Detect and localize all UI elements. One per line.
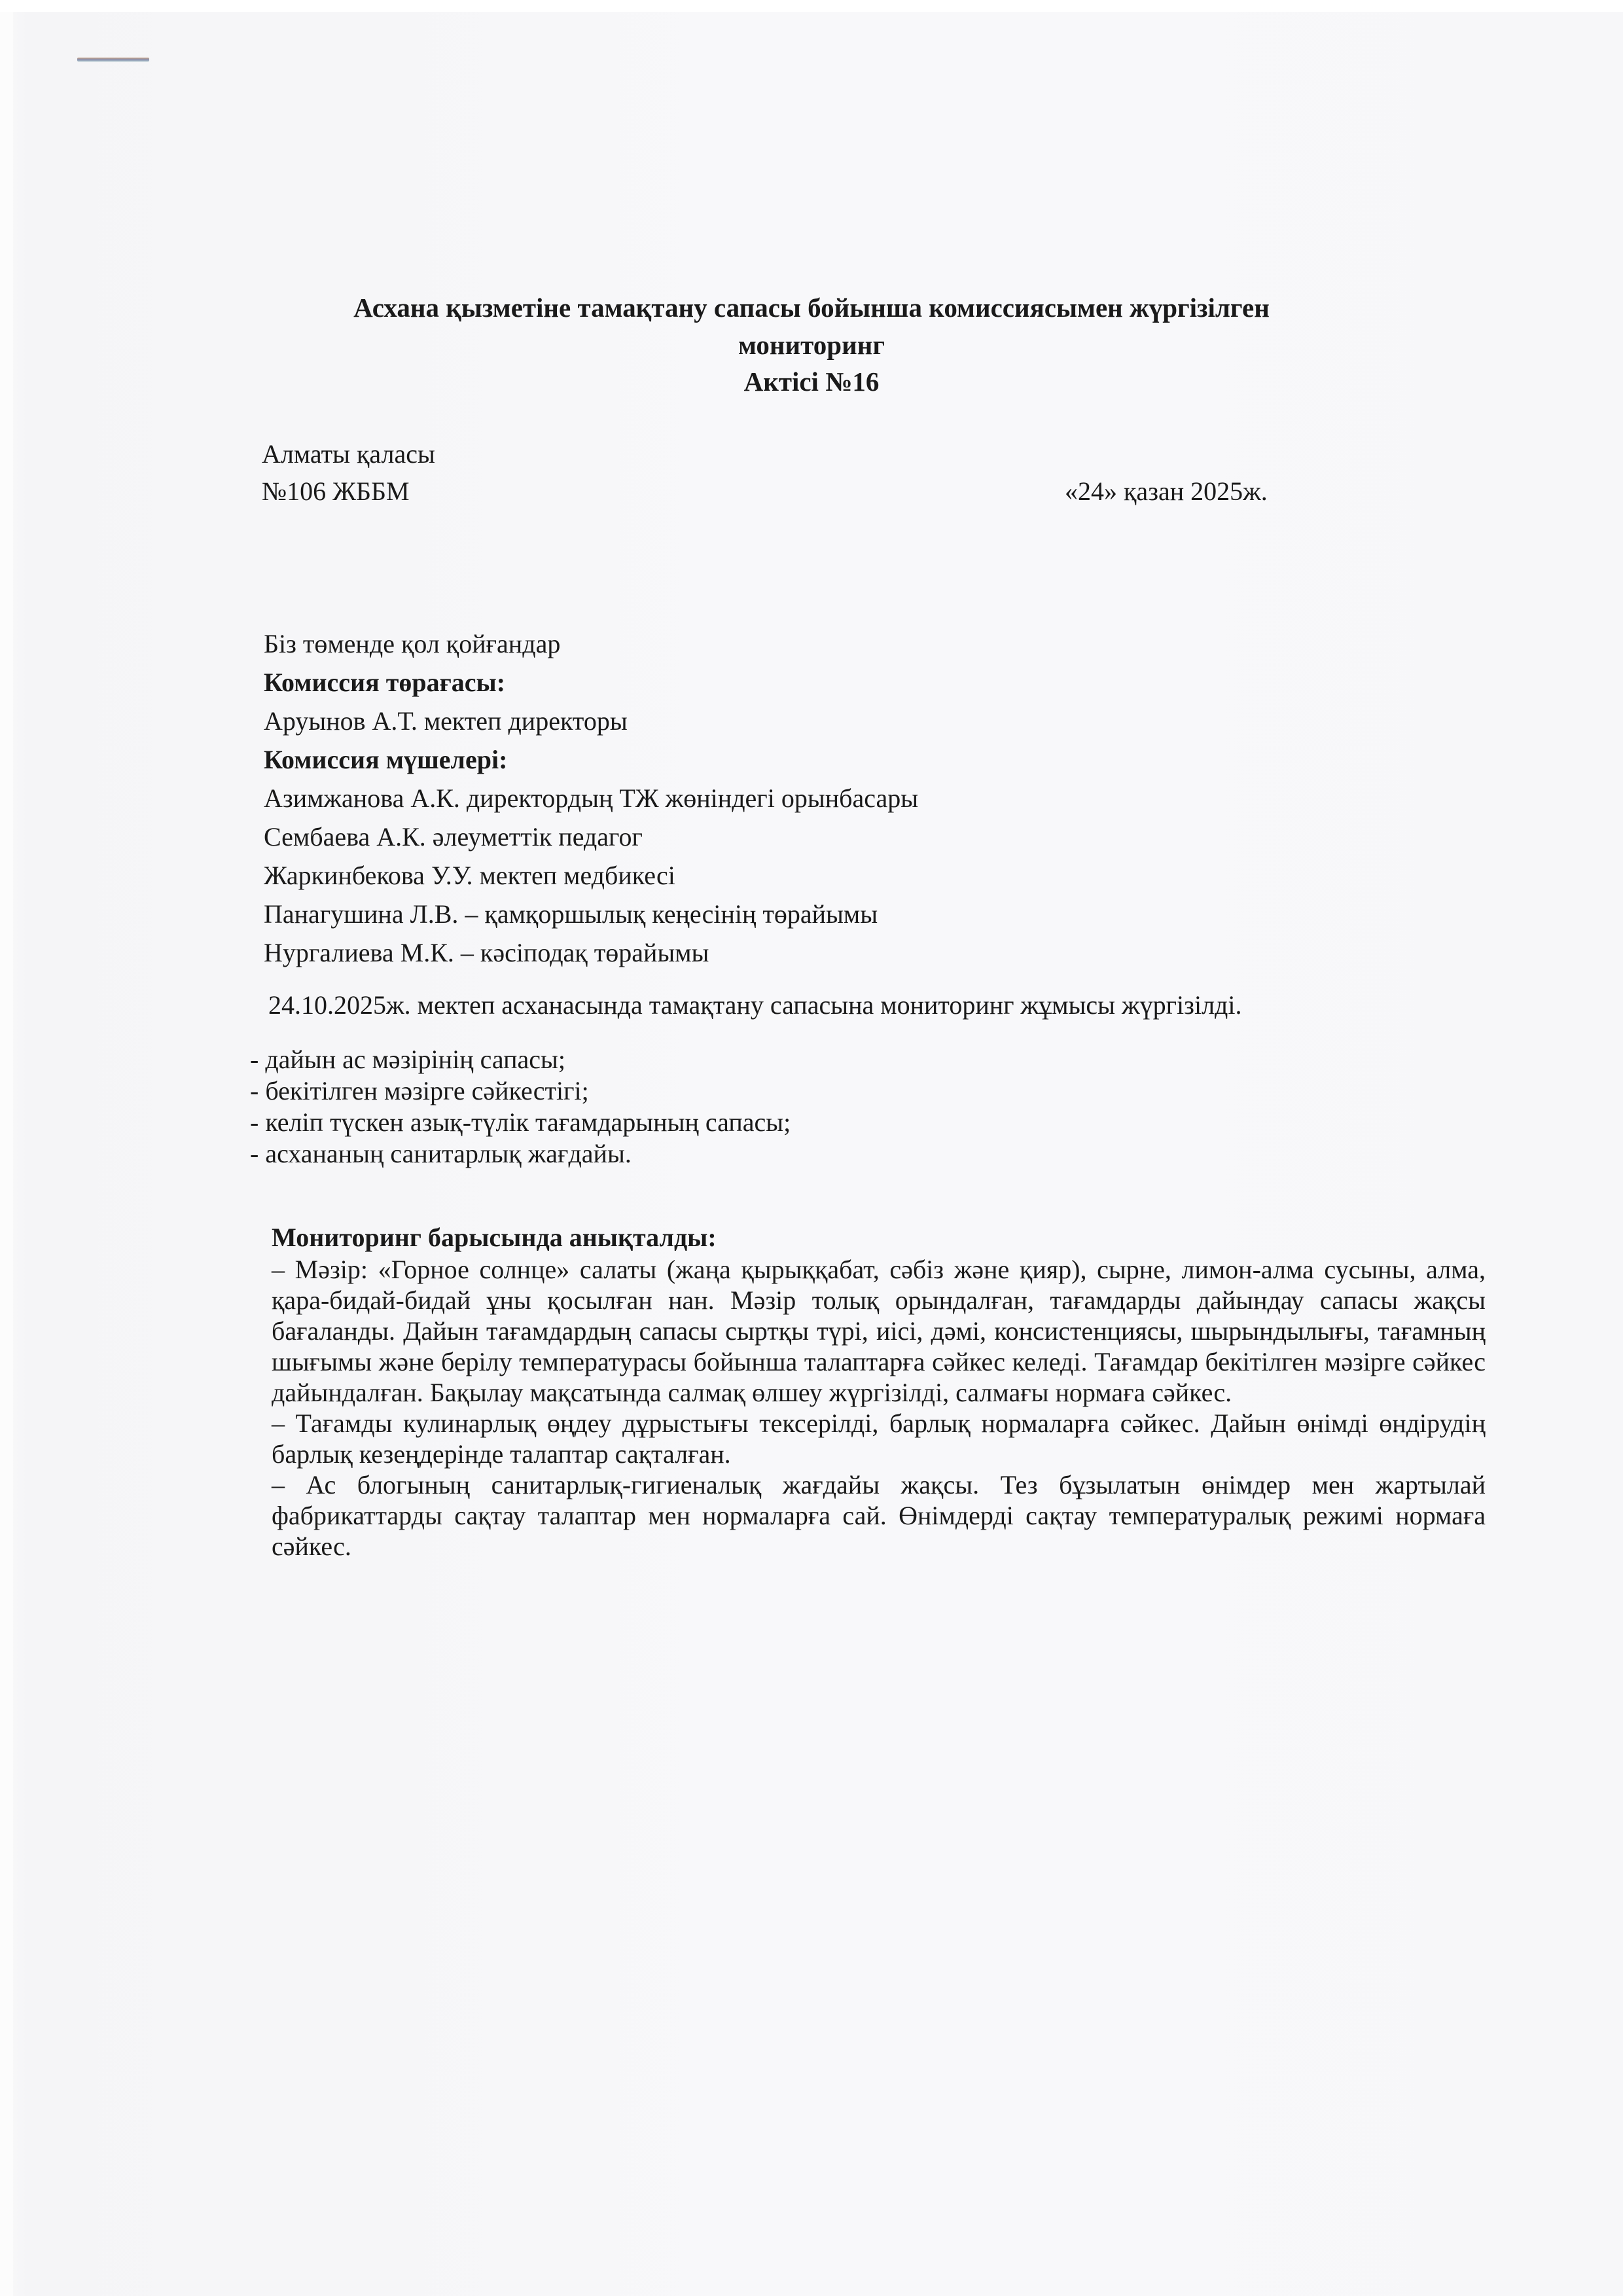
checklist-item: - дайын ас мәзірінің сапасы; (250, 1044, 565, 1075)
chair-name: Аруынов А.Т. мектеп директоры (264, 706, 628, 737)
checklist-item: - асхананың санитарлық жағдайы. (250, 1138, 632, 1170)
chair-heading: Комиссия төрағасы: (264, 667, 505, 698)
document-title-line-2: мониторинг (0, 329, 1623, 361)
members-heading: Комиссия мүшелері: (264, 744, 507, 776)
document-title-line-1: Асхана қызметіне тамақтану сапасы бойынш… (0, 291, 1623, 324)
finding-paragraph: – Мәзір: «Горное солнце» салаты (жаңа қы… (272, 1254, 1486, 1408)
document-title-act-number: Актісі №16 (0, 365, 1623, 398)
member-item: Жаркинбекова У.У. мектеп медбикесі (264, 860, 675, 891)
member-item: Панагушина Л.В. – қамқоршылық кеңесінің … (264, 899, 878, 930)
document-date: «24» қазан 2025ж. (1065, 476, 1268, 507)
member-item: Сембаева А.К. әлеуметтік педагог (264, 821, 643, 853)
checklist-item: - келіп түскен азық-түлік тағамдарының с… (250, 1107, 791, 1138)
member-item: Азимжанова А.К. директордың ТЖ жөніндегі… (264, 783, 918, 814)
city: Алматы қаласы (262, 439, 435, 470)
scan-mark (77, 58, 149, 62)
finding-paragraph: – Ас блогының санитарлық-гигиеналық жағд… (272, 1469, 1486, 1562)
finding-paragraph: – Тағамды кулинарлық өңдеу дұрыстығы тек… (272, 1408, 1486, 1469)
monitoring-statement: 24.10.2025ж. мектеп асханасында тамақтан… (268, 990, 1242, 1021)
intro-text: Біз төменде қол қойғандар (264, 628, 560, 660)
findings-section: – Мәзір: «Горное солнце» салаты (жаңа қы… (272, 1254, 1486, 1562)
findings-heading: Мониторинг барысында анықталды: (272, 1222, 717, 1253)
school-name: №106 ЖББМ (262, 476, 410, 507)
member-item: Нургалиева М.К. – кәсіподақ төрайымы (264, 937, 709, 969)
checklist-item: - бекітілген мәзірге сәйкестігі; (250, 1075, 589, 1107)
